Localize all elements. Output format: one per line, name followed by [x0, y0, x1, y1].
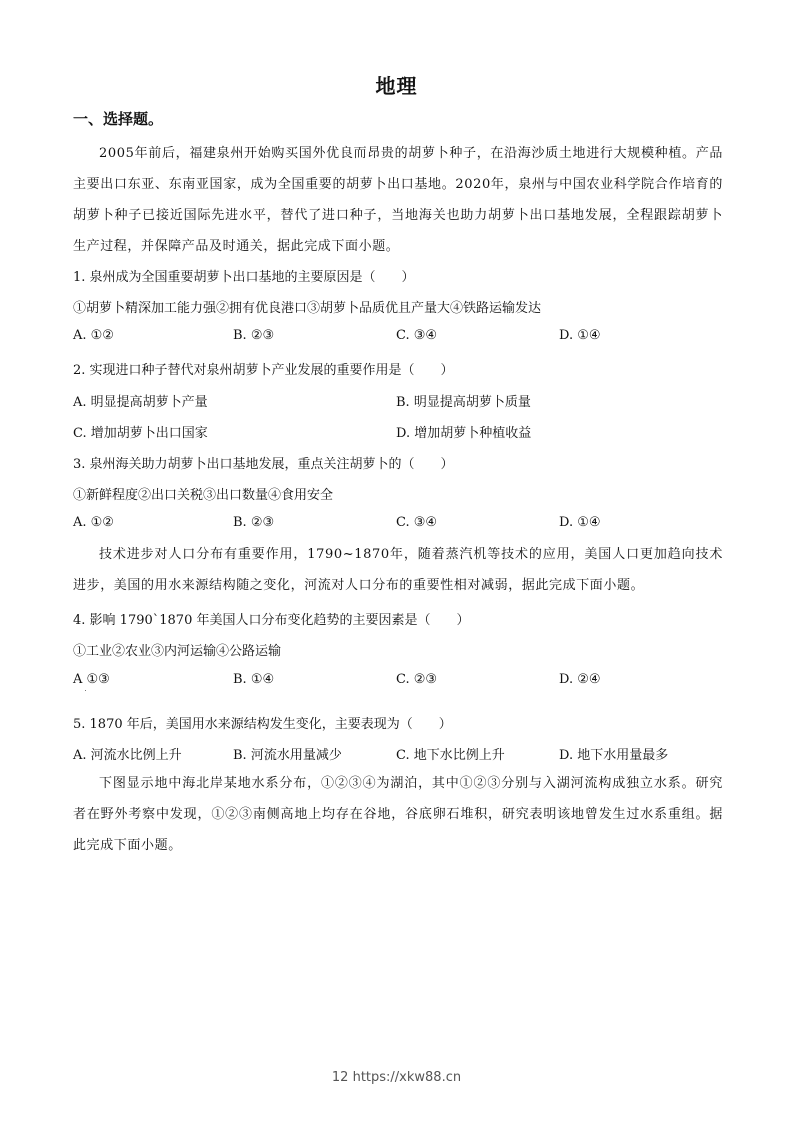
question-1-option-b[interactable]: B. ②③: [233, 328, 274, 343]
question-5-option-a[interactable]: A. 河流水比例上升: [73, 744, 182, 763]
question-5-stem: 5. 1870 年后，美国用水来源结构发生变化，主要表现为（ ）: [73, 713, 452, 732]
page-footer: 12 https://xkw88.cn: [0, 1070, 793, 1085]
question-2-option-b[interactable]: B. 明显提高胡萝卜质量: [396, 391, 531, 410]
page-title: 地理: [0, 70, 793, 99]
question-3-option-a[interactable]: A. ①②: [73, 515, 114, 530]
passage-3: 下图显示地中海北岸某地水系分布，①②③④为湖泊，其中①②③分别与入湖河流构成独立…: [73, 768, 723, 861]
question-1-option-c[interactable]: C. ③④: [396, 328, 437, 343]
question-5-option-c[interactable]: C. 地下水比例上升: [396, 744, 505, 763]
question-1-items: ①胡萝卜精深加工能力强②拥有优良港口③胡萝卜品质优且产量大④铁路运输发达: [73, 297, 541, 316]
question-4-items: ①工业②农业③内河运输④公路运输: [73, 640, 281, 659]
question-3-option-b[interactable]: B. ②③: [233, 515, 274, 530]
question-3-stem: 3. 泉州海关助力胡萝卜出口基地发展，重点关注胡萝卜的（ ）: [73, 453, 454, 472]
question-2-option-d[interactable]: D. 增加胡萝卜种植收益: [396, 422, 531, 441]
question-3-items: ①新鲜程度②出口关税③出口数量④食用安全: [73, 484, 333, 503]
question-1-stem: 1. 泉州成为全国重要胡萝卜出口基地的主要原因是（ ）: [73, 266, 415, 285]
passage-1: 2005年前后，福建泉州开始购买国外优良而昂贵的胡萝卜种子，在沿海沙质土地进行大…: [73, 138, 723, 262]
question-4-stem: 4. 影响 1790`1870 年美国人口分布变化趋势的主要因素是（ ）: [73, 609, 469, 628]
question-4-option-d[interactable]: D. ②④: [559, 672, 601, 687]
question-4-option-a[interactable]: A ①③: [73, 672, 110, 687]
passage-2: 技术进步对人口分布有重要作用，1790~1870年，随着蒸汽机等技术的应用，美国…: [73, 539, 723, 601]
question-1-option-d[interactable]: D. ①④: [559, 328, 601, 343]
question-4-option-c[interactable]: C. ②③: [396, 672, 437, 687]
question-5-option-b[interactable]: B. 河流水用量减少: [233, 744, 342, 763]
section-heading: 一、选择题。: [73, 108, 163, 129]
question-2-option-a[interactable]: A. 明显提高胡萝卜产量: [73, 391, 208, 410]
question-1-option-a[interactable]: A. ①②: [73, 328, 114, 343]
stray-mark: [85, 690, 86, 691]
question-3-option-d[interactable]: D. ①④: [559, 515, 601, 530]
question-5-option-d[interactable]: D. 地下水用量最多: [559, 744, 668, 763]
exam-page: 地理 一、选择题。 2005年前后，福建泉州开始购买国外优良而昂贵的胡萝卜种子，…: [0, 0, 793, 1122]
question-4-option-b[interactable]: B. ①④: [233, 672, 274, 687]
question-2-stem: 2. 实现进口种子替代对泉州胡萝卜产业发展的重要作用是（ ）: [73, 359, 454, 378]
question-2-option-c[interactable]: C. 增加胡萝卜出口国家: [73, 422, 208, 441]
question-3-option-c[interactable]: C. ③④: [396, 515, 437, 530]
